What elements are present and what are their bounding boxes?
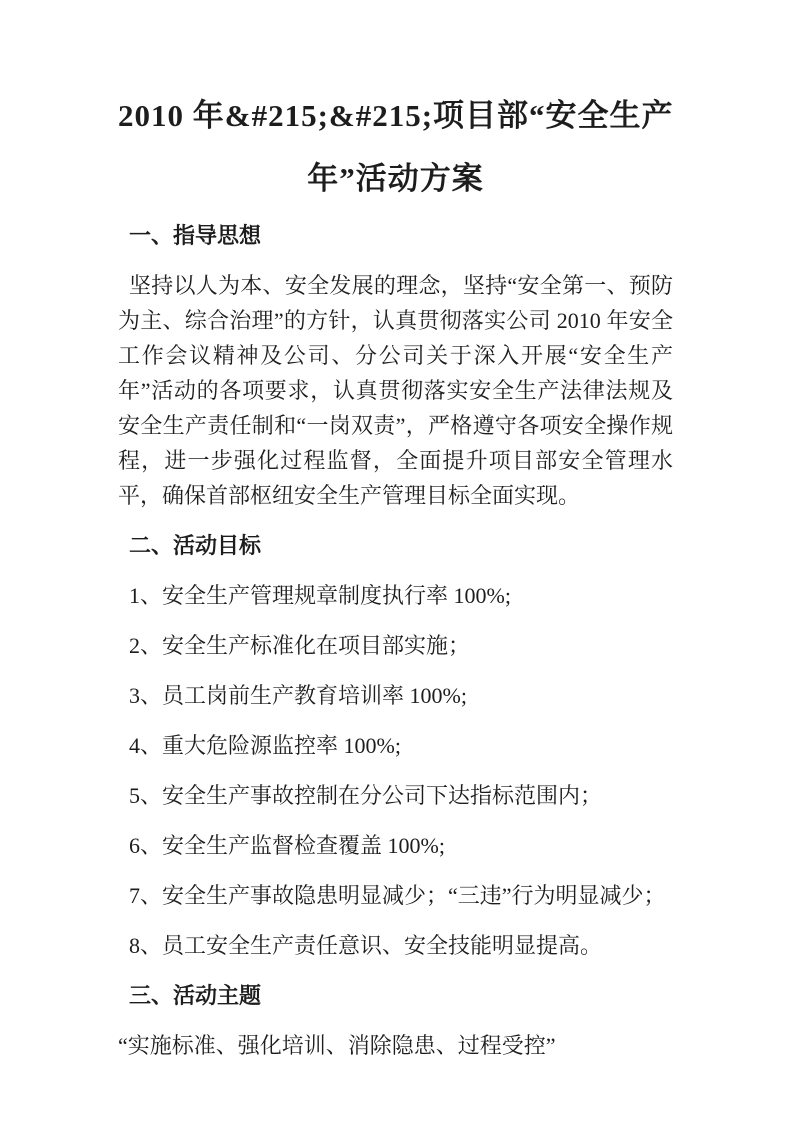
section-heading-guiding-ideology: 一、指导思想: [118, 218, 673, 253]
section-heading-activity-theme: 三、活动主题: [118, 978, 673, 1013]
document-title-line-2: 年”活动方案: [118, 147, 673, 210]
goal-item-8: 8、员工安全生产责任意识、安全技能明显提高。: [118, 928, 673, 963]
goal-item-7: 7、安全生产事故隐患明显减少；“三违”行为明显减少；: [118, 878, 673, 913]
goal-item-4: 4、重大危险源监控率 100%;: [118, 728, 673, 763]
goal-item-3: 3、员工岗前生产教育培训率 100%;: [118, 678, 673, 713]
goal-item-2: 2、安全生产标准化在项目部实施；: [118, 628, 673, 663]
document-page: 2010 年&#215;&#215;项目部“安全生产 年”活动方案 一、指导思想…: [0, 0, 793, 1122]
document-title: 2010 年&#215;&#215;项目部“安全生产 年”活动方案: [118, 84, 673, 210]
goal-item-6: 6、安全生产监督检查覆盖 100%;: [118, 828, 673, 863]
activity-theme-quote: “实施标准、强化培训、消除隐患、过程受控”: [118, 1028, 673, 1063]
guiding-ideology-paragraph: 坚持以人为本、安全发展的理念，坚持“安全第一、预防为主、综合治理”的方针，认真贯…: [118, 268, 673, 513]
goal-item-5: 5、安全生产事故控制在分公司下达指标范围内；: [118, 778, 673, 813]
section-heading-activity-goals: 二、活动目标: [118, 528, 673, 563]
document-title-line-1: 2010 年&#215;&#215;项目部“安全生产: [118, 84, 673, 147]
goal-item-1: 1、安全生产管理规章制度执行率 100%;: [118, 578, 673, 613]
